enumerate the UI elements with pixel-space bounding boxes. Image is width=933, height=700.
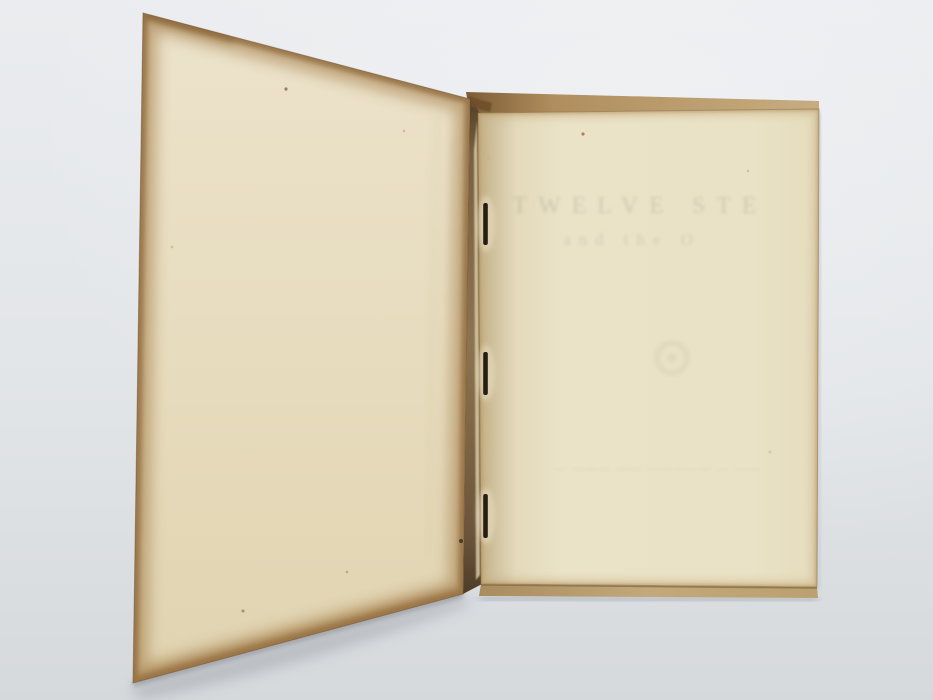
staple-middle — [477, 345, 495, 401]
photo-stage: TWELVE STE and the O — ——— —— ————— — —— — [0, 0, 933, 700]
showthrough-title-text: TWELVE STE — [512, 193, 767, 219]
showthrough-subtitle-text: and the O — [563, 230, 701, 249]
staple-top — [477, 196, 495, 252]
right-page: TWELVE STE and the O — ——— —— ————— — —— — [478, 109, 819, 587]
book-photo: TWELVE STE and the O — ——— —— ————— — —— — [0, 0, 933, 700]
left-page — [133, 13, 470, 683]
showthrough-footer-text: — ——— —— ————— — —— — [554, 463, 761, 475]
gutter-edge-speck — [459, 539, 463, 543]
staple-bottom — [477, 488, 495, 544]
